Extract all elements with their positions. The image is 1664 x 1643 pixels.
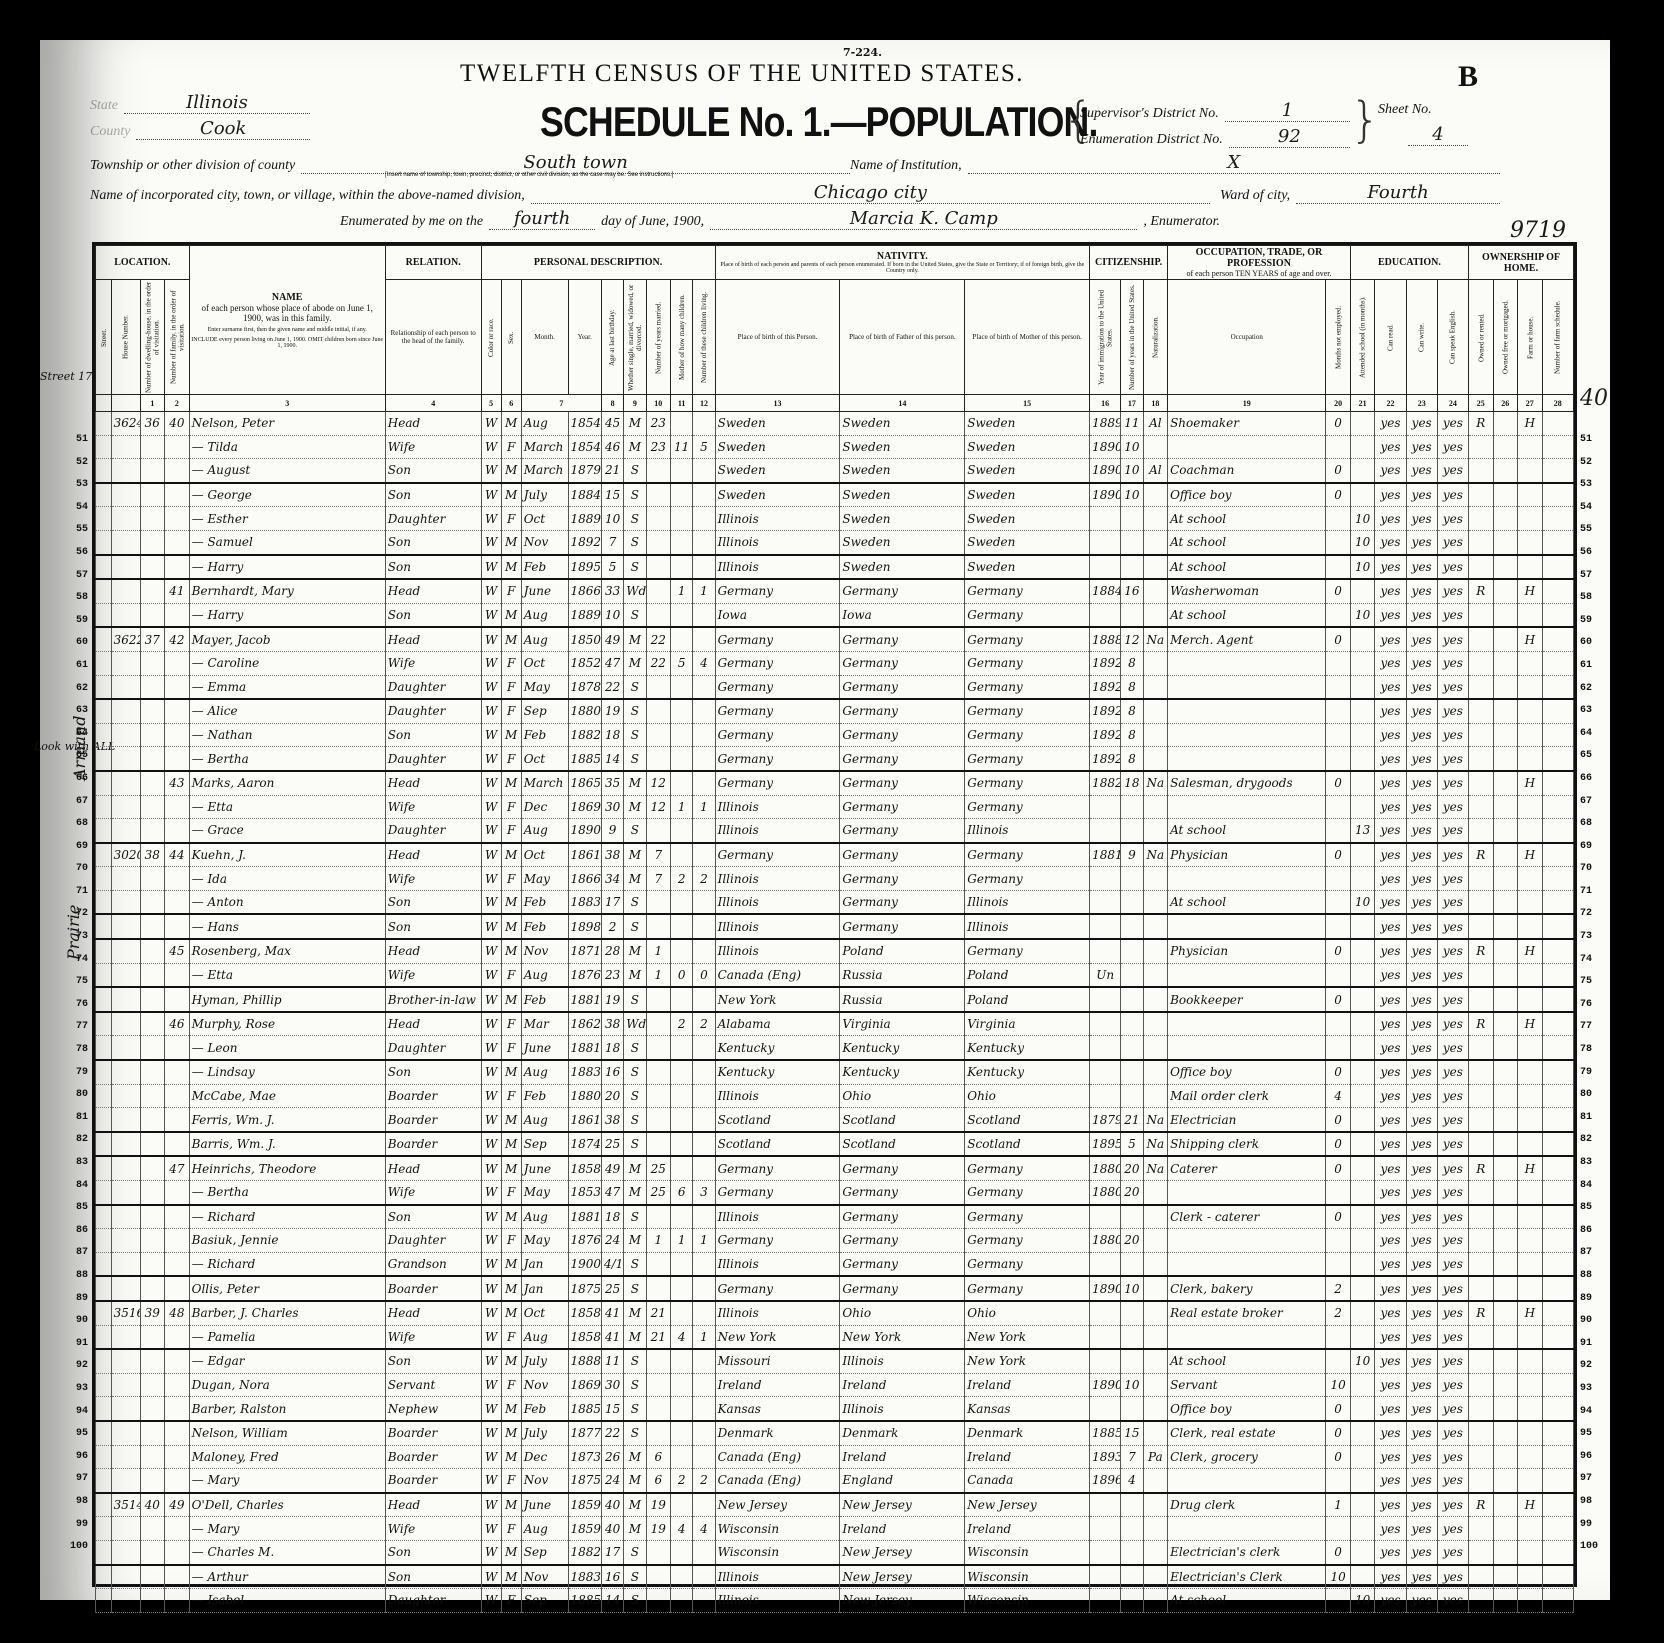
cell-name: Heinrichs, Theodore — [189, 1156, 385, 1180]
cell-pob: Illinois — [715, 890, 840, 914]
line-number: 93 — [54, 1378, 88, 1401]
cell-own — [1469, 747, 1494, 771]
cell-family — [165, 1276, 190, 1301]
cell-street — [96, 1181, 112, 1205]
column-number: 16 — [1090, 395, 1121, 412]
cell-dwelling — [140, 1421, 165, 1445]
cell-sex: M — [501, 1540, 521, 1564]
cell-school — [1350, 1325, 1375, 1349]
cell-house — [111, 1373, 140, 1397]
cell-pobm: New Jersey — [965, 1493, 1090, 1517]
cell-marital: S — [624, 483, 646, 507]
cell-house — [111, 1540, 140, 1564]
cell-yus: 16 — [1121, 579, 1143, 603]
form-number: 7-224. — [843, 46, 882, 59]
cell-month: Nov — [521, 530, 568, 554]
cell-read: yes — [1375, 555, 1406, 580]
cell-marital: S — [624, 1349, 646, 1373]
cell-nat — [1143, 795, 1168, 819]
cell-age: 23 — [601, 963, 623, 987]
cell-cb — [671, 1493, 693, 1517]
cell-name: Bernhardt, Mary — [189, 579, 385, 603]
cell-street — [96, 1301, 112, 1325]
cell-write: yes — [1406, 1036, 1437, 1060]
cell-farm — [1518, 795, 1543, 819]
cell-ym: 12 — [646, 795, 671, 819]
cell-month: May — [521, 867, 568, 891]
cell-fs — [1542, 1229, 1573, 1253]
cell-unemp — [1326, 795, 1351, 819]
cell-pobf: Sweden — [840, 412, 965, 436]
cell-write: yes — [1406, 1565, 1437, 1589]
stamp-number: 9719 — [1510, 218, 1566, 243]
cell-month: Feb — [521, 914, 568, 939]
cell-write: yes — [1406, 1421, 1437, 1445]
cell-ym — [646, 675, 671, 699]
cell-age: 15 — [601, 1397, 623, 1421]
cell-pobm: Kentucky — [965, 1060, 1090, 1084]
cell-cl: 2 — [693, 1012, 715, 1036]
cell-color: W — [481, 1132, 501, 1157]
cell-ym — [646, 1108, 671, 1132]
cell-cb — [671, 1540, 693, 1564]
cell-ym: 12 — [646, 771, 671, 795]
cell-write: yes — [1406, 1156, 1437, 1180]
cell-month: Aug — [521, 603, 568, 627]
cell-cb — [671, 1276, 693, 1301]
cell-fs — [1542, 412, 1573, 436]
ed-field: Enumeration District No. 92 — [1080, 126, 1350, 148]
cell-dwelling — [140, 1108, 165, 1132]
cell-house — [111, 819, 140, 843]
cell-pobf: Scotland — [840, 1108, 965, 1132]
cell-street — [96, 1060, 112, 1084]
cell-name: O'Dell, Charles — [189, 1493, 385, 1517]
cell-nat — [1143, 579, 1168, 603]
cell-read: yes — [1375, 530, 1406, 554]
cell-month: Aug — [521, 963, 568, 987]
cell-unemp — [1326, 435, 1351, 459]
cell-month: Feb — [521, 890, 568, 914]
line-number: 67 — [54, 791, 88, 814]
cell-farm — [1518, 1181, 1543, 1205]
cell-write: yes — [1406, 1540, 1437, 1564]
cell-color: W — [481, 987, 501, 1012]
cell-own — [1469, 1252, 1494, 1276]
cell-imm — [1090, 939, 1121, 963]
cell-name: — Harry — [189, 555, 385, 580]
cell-write: yes — [1406, 651, 1437, 675]
table-row: — AugustSonWMMarch187921SSwedenSwedenSwe… — [96, 459, 1574, 483]
cell-own: R — [1469, 1301, 1494, 1325]
cell-occ — [1168, 747, 1326, 771]
cell-nat — [1143, 1421, 1168, 1445]
cell-school — [1350, 1252, 1375, 1276]
cell-cl: 1 — [693, 579, 715, 603]
table-row: — EdgarSonWMJuly188811SMissouriIllinoisN… — [96, 1349, 1574, 1373]
cell-eng: yes — [1437, 1397, 1468, 1421]
cell-imm: 1892 — [1090, 675, 1121, 699]
cell-school — [1350, 987, 1375, 1012]
cell-color: W — [481, 459, 501, 483]
cell-imm: 1896 — [1090, 1469, 1121, 1493]
cell-imm: 1880 — [1090, 1156, 1121, 1180]
line-number: 62 — [1580, 678, 1610, 701]
cell-write: yes — [1406, 1349, 1437, 1373]
cell-pob: New York — [715, 987, 840, 1012]
cell-house — [111, 1229, 140, 1253]
cell-imm — [1090, 1084, 1121, 1108]
cell-eng: yes — [1437, 867, 1468, 891]
cell-ym — [646, 1421, 671, 1445]
cell-nat — [1143, 1084, 1168, 1108]
cell-read: yes — [1375, 1373, 1406, 1397]
cell-pob: Germany — [715, 675, 840, 699]
cell-mort — [1493, 1156, 1518, 1180]
cell-dwelling — [140, 459, 165, 483]
line-number: 54 — [54, 497, 88, 520]
cell-imm — [1090, 555, 1121, 580]
cell-cl — [693, 627, 715, 651]
cell-sex: M — [501, 914, 521, 939]
cell-ym: 25 — [646, 1156, 671, 1180]
cell-imm: 1882 — [1090, 771, 1121, 795]
cell-ym — [646, 1132, 671, 1157]
cell-read: yes — [1375, 1084, 1406, 1108]
cell-nat — [1143, 435, 1168, 459]
column-number: 25 — [1469, 395, 1494, 412]
cell-family — [165, 914, 190, 939]
cell-ym: 25 — [646, 1181, 671, 1205]
cell-name: — Mary — [189, 1469, 385, 1493]
cell-pobm: Sweden — [965, 530, 1090, 554]
cell-mort — [1493, 459, 1518, 483]
cell-street — [96, 795, 112, 819]
cell-dwelling: 39 — [140, 1301, 165, 1325]
cell-sex: F — [501, 819, 521, 843]
cell-read: yes — [1375, 723, 1406, 747]
cell-marital: S — [624, 890, 646, 914]
cell-relation: Wife — [385, 963, 481, 987]
county-field: County Cook — [90, 118, 310, 140]
cell-write: yes — [1406, 699, 1437, 723]
cell-unemp: 0 — [1326, 843, 1351, 867]
cell-pobm: Germany — [965, 723, 1090, 747]
line-number: 76 — [54, 994, 88, 1017]
cell-unemp: 0 — [1326, 459, 1351, 483]
cell-color: W — [481, 723, 501, 747]
cell-relation: Son — [385, 603, 481, 627]
table-row: — GeorgeSonWMJuly188415SSwedenSwedenSwed… — [96, 483, 1574, 507]
line-number: 75 — [54, 971, 88, 994]
cell-year: 1895 — [568, 555, 601, 580]
table-row: 46Murphy, RoseHeadWFMar186238Wd22Alabama… — [96, 1012, 1574, 1036]
cell-read: yes — [1375, 1349, 1406, 1373]
line-number: 98 — [54, 1491, 88, 1514]
cell-yus — [1121, 1540, 1143, 1564]
cell-unemp — [1326, 963, 1351, 987]
cell-marital: S — [624, 530, 646, 554]
cell-mort — [1493, 771, 1518, 795]
cell-nat — [1143, 1589, 1168, 1613]
cell-year: 1883 — [568, 890, 601, 914]
cell-nat: Na — [1143, 1132, 1168, 1157]
cell-fs — [1542, 579, 1573, 603]
cell-family — [165, 1325, 190, 1349]
cell-relation: Boarder — [385, 1276, 481, 1301]
cell-color: W — [481, 627, 501, 651]
cell-street — [96, 1132, 112, 1157]
cell-mort — [1493, 483, 1518, 507]
cell-occ: Office boy — [1168, 1397, 1326, 1421]
cell-imm: 1892 — [1090, 699, 1121, 723]
cell-cb — [671, 603, 693, 627]
cell-unemp: 0 — [1326, 1156, 1351, 1180]
cell-family — [165, 890, 190, 914]
cell-nat — [1143, 819, 1168, 843]
cell-cb — [671, 1156, 693, 1180]
cell-name: — Samuel — [189, 530, 385, 554]
cell-age: 22 — [601, 1421, 623, 1445]
cell-pobm: Sweden — [965, 507, 1090, 531]
cell-pobf: New Jersey — [840, 1493, 965, 1517]
cell-pob: Illinois — [715, 914, 840, 939]
cell-pobm: Sweden — [965, 483, 1090, 507]
ward-field: Ward of city, Fourth — [1220, 182, 1500, 204]
cell-school — [1350, 1108, 1375, 1132]
cell-year: 1869 — [568, 795, 601, 819]
cell-name: Murphy, Rose — [189, 1012, 385, 1036]
cell-pob: Sweden — [715, 459, 840, 483]
cell-mort — [1493, 1517, 1518, 1541]
table-row: Ollis, PeterBoarderWMJan187525SGermanyGe… — [96, 1276, 1574, 1301]
cell-relation: Boarder — [385, 1084, 481, 1108]
cell-occ: Office boy — [1168, 1060, 1326, 1084]
cell-ym: 1 — [646, 963, 671, 987]
cell-month: Feb — [521, 987, 568, 1012]
cell-yus — [1121, 1517, 1143, 1541]
cell-cl: 1 — [693, 1325, 715, 1349]
cell-write: yes — [1406, 603, 1437, 627]
cell-age: 9 — [601, 819, 623, 843]
cell-occ: Servant — [1168, 1373, 1326, 1397]
cell-name: Basiuk, Jennie — [189, 1229, 385, 1253]
cell-house — [111, 1349, 140, 1373]
cell-pob: Germany — [715, 627, 840, 651]
column-number: 2 — [165, 395, 190, 412]
cell-color: W — [481, 1349, 501, 1373]
cell-fs — [1542, 483, 1573, 507]
cell-own — [1469, 1036, 1494, 1060]
cell-yus — [1121, 819, 1143, 843]
cell-mort — [1493, 530, 1518, 554]
cell-marital: S — [624, 603, 646, 627]
cell-write: yes — [1406, 579, 1437, 603]
cell-school — [1350, 843, 1375, 867]
cell-sex: M — [501, 1445, 521, 1469]
cell-sex: M — [501, 1156, 521, 1180]
cell-ym — [646, 747, 671, 771]
cell-yus — [1121, 939, 1143, 963]
cell-year: 1890 — [568, 819, 601, 843]
cell-year: 1858 — [568, 1301, 601, 1325]
header-relation: RELATION. — [385, 246, 481, 280]
cell-color: W — [481, 771, 501, 795]
cell-unemp: 2 — [1326, 1301, 1351, 1325]
cell-sex: F — [501, 1373, 521, 1397]
cell-nat — [1143, 1397, 1168, 1421]
cell-read: yes — [1375, 1060, 1406, 1084]
cell-cb — [671, 627, 693, 651]
cell-cb — [671, 1084, 693, 1108]
line-number: 69 — [1580, 836, 1610, 859]
cell-unemp — [1326, 723, 1351, 747]
ed-value: 92 — [1229, 126, 1350, 148]
cell-read: yes — [1375, 675, 1406, 699]
cell-yus: 8 — [1121, 651, 1143, 675]
cell-own — [1469, 1349, 1494, 1373]
institution-field: Name of Institution, X — [850, 152, 1500, 174]
margin-note-street: Street 17 — [40, 370, 92, 383]
cell-fs — [1542, 1469, 1573, 1493]
line-number: 100 — [54, 1536, 88, 1559]
cell-eng: yes — [1437, 1108, 1468, 1132]
cell-read: yes — [1375, 795, 1406, 819]
cell-house — [111, 1517, 140, 1541]
cell-occ: Coachman — [1168, 459, 1326, 483]
cell-fs — [1542, 651, 1573, 675]
cell-imm: 1889 — [1090, 412, 1121, 436]
column-number: 1 — [140, 395, 165, 412]
cell-relation: Head — [385, 1156, 481, 1180]
cell-eng: yes — [1437, 579, 1468, 603]
cell-yus — [1121, 555, 1143, 580]
cell-relation: Son — [385, 1349, 481, 1373]
cell-occ: Physician — [1168, 843, 1326, 867]
cell-street — [96, 890, 112, 914]
cell-pobm: Germany — [965, 651, 1090, 675]
cell-eng: yes — [1437, 675, 1468, 699]
cell-relation: Son — [385, 530, 481, 554]
cell-unemp — [1326, 1252, 1351, 1276]
cell-street — [96, 1276, 112, 1301]
cell-color: W — [481, 1060, 501, 1084]
cell-pobm: Germany — [965, 603, 1090, 627]
cell-yus: 20 — [1121, 1229, 1143, 1253]
cell-family — [165, 1108, 190, 1132]
cell-pobm: Poland — [965, 987, 1090, 1012]
cell-house — [111, 1181, 140, 1205]
column-number: 22 — [1375, 395, 1406, 412]
cell-pob: Missouri — [715, 1349, 840, 1373]
institution-value: X — [968, 152, 1500, 174]
cell-nat — [1143, 651, 1168, 675]
column-number: 15 — [965, 395, 1090, 412]
cell-age: 28 — [601, 939, 623, 963]
cell-read: yes — [1375, 651, 1406, 675]
cell-imm: 1890 — [1090, 1373, 1121, 1397]
cell-write: yes — [1406, 1181, 1437, 1205]
cell-pobf: Illinois — [840, 1349, 965, 1373]
line-number: 82 — [1580, 1129, 1610, 1152]
cell-write: yes — [1406, 843, 1437, 867]
column-number: 6 — [501, 395, 521, 412]
cell-marital: S — [624, 1060, 646, 1084]
cell-pob: Illinois — [715, 1301, 840, 1325]
cell-dwelling — [140, 1276, 165, 1301]
line-number: 89 — [1580, 1288, 1610, 1311]
cell-house — [111, 1445, 140, 1469]
cell-relation: Son — [385, 914, 481, 939]
cell-ym — [646, 1397, 671, 1421]
cell-unemp — [1326, 890, 1351, 914]
cell-family — [165, 1469, 190, 1493]
cell-school — [1350, 1229, 1375, 1253]
cell-school — [1350, 651, 1375, 675]
cell-age: 41 — [601, 1325, 623, 1349]
cell-color: W — [481, 1205, 501, 1229]
cell-month: Sep — [521, 1589, 568, 1613]
cell-family — [165, 555, 190, 580]
cell-pob: Canada (Eng) — [715, 1445, 840, 1469]
cell-yus: 15 — [1121, 1421, 1143, 1445]
cell-pob: Germany — [715, 1229, 840, 1253]
column-number: 21 — [1350, 395, 1375, 412]
cell-pobm: Kansas — [965, 1397, 1090, 1421]
line-number: 78 — [54, 1039, 88, 1062]
cell-age: 14 — [601, 1589, 623, 1613]
cell-pob: Illinois — [715, 1589, 840, 1613]
cell-sex: F — [501, 1012, 521, 1036]
cell-age: 22 — [601, 675, 623, 699]
cell-mort — [1493, 1012, 1518, 1036]
cell-mort — [1493, 1276, 1518, 1301]
cell-family: 46 — [165, 1012, 190, 1036]
cell-pobm: Germany — [965, 1276, 1090, 1301]
cell-color: W — [481, 843, 501, 867]
line-number: 56 — [54, 542, 88, 565]
cell-mort — [1493, 412, 1518, 436]
cell-cb: 6 — [671, 1181, 693, 1205]
cell-eng: yes — [1437, 627, 1468, 651]
cell-occ: Electrician's Clerk — [1168, 1565, 1326, 1589]
cell-pobm: Illinois — [965, 819, 1090, 843]
cell-mort — [1493, 1373, 1518, 1397]
cell-cl: 2 — [693, 867, 715, 891]
cell-read: yes — [1375, 939, 1406, 963]
cell-imm — [1090, 914, 1121, 939]
table-row: — HansSonWMFeb18982SIllinoisGermanyIllin… — [96, 914, 1574, 939]
cell-imm — [1090, 1012, 1121, 1036]
cell-school — [1350, 1181, 1375, 1205]
cell-marital: M — [624, 1493, 646, 1517]
cell-pobf: Virginia — [840, 1012, 965, 1036]
cell-pobf: Germany — [840, 627, 965, 651]
cell-family: 40 — [165, 412, 190, 436]
cell-street — [96, 435, 112, 459]
cell-own — [1469, 1084, 1494, 1108]
cell-house — [111, 867, 140, 891]
cell-unemp — [1326, 747, 1351, 771]
cell-occ: At school — [1168, 1589, 1326, 1613]
table-row: Basiuk, JennieDaughterWFMay187624M111Ger… — [96, 1229, 1574, 1253]
cell-year: 1881 — [568, 1205, 601, 1229]
cell-fs — [1542, 1012, 1573, 1036]
cell-family — [165, 1421, 190, 1445]
cell-cb — [671, 843, 693, 867]
cell-fs — [1542, 723, 1573, 747]
header-location: LOCATION. — [96, 246, 190, 280]
